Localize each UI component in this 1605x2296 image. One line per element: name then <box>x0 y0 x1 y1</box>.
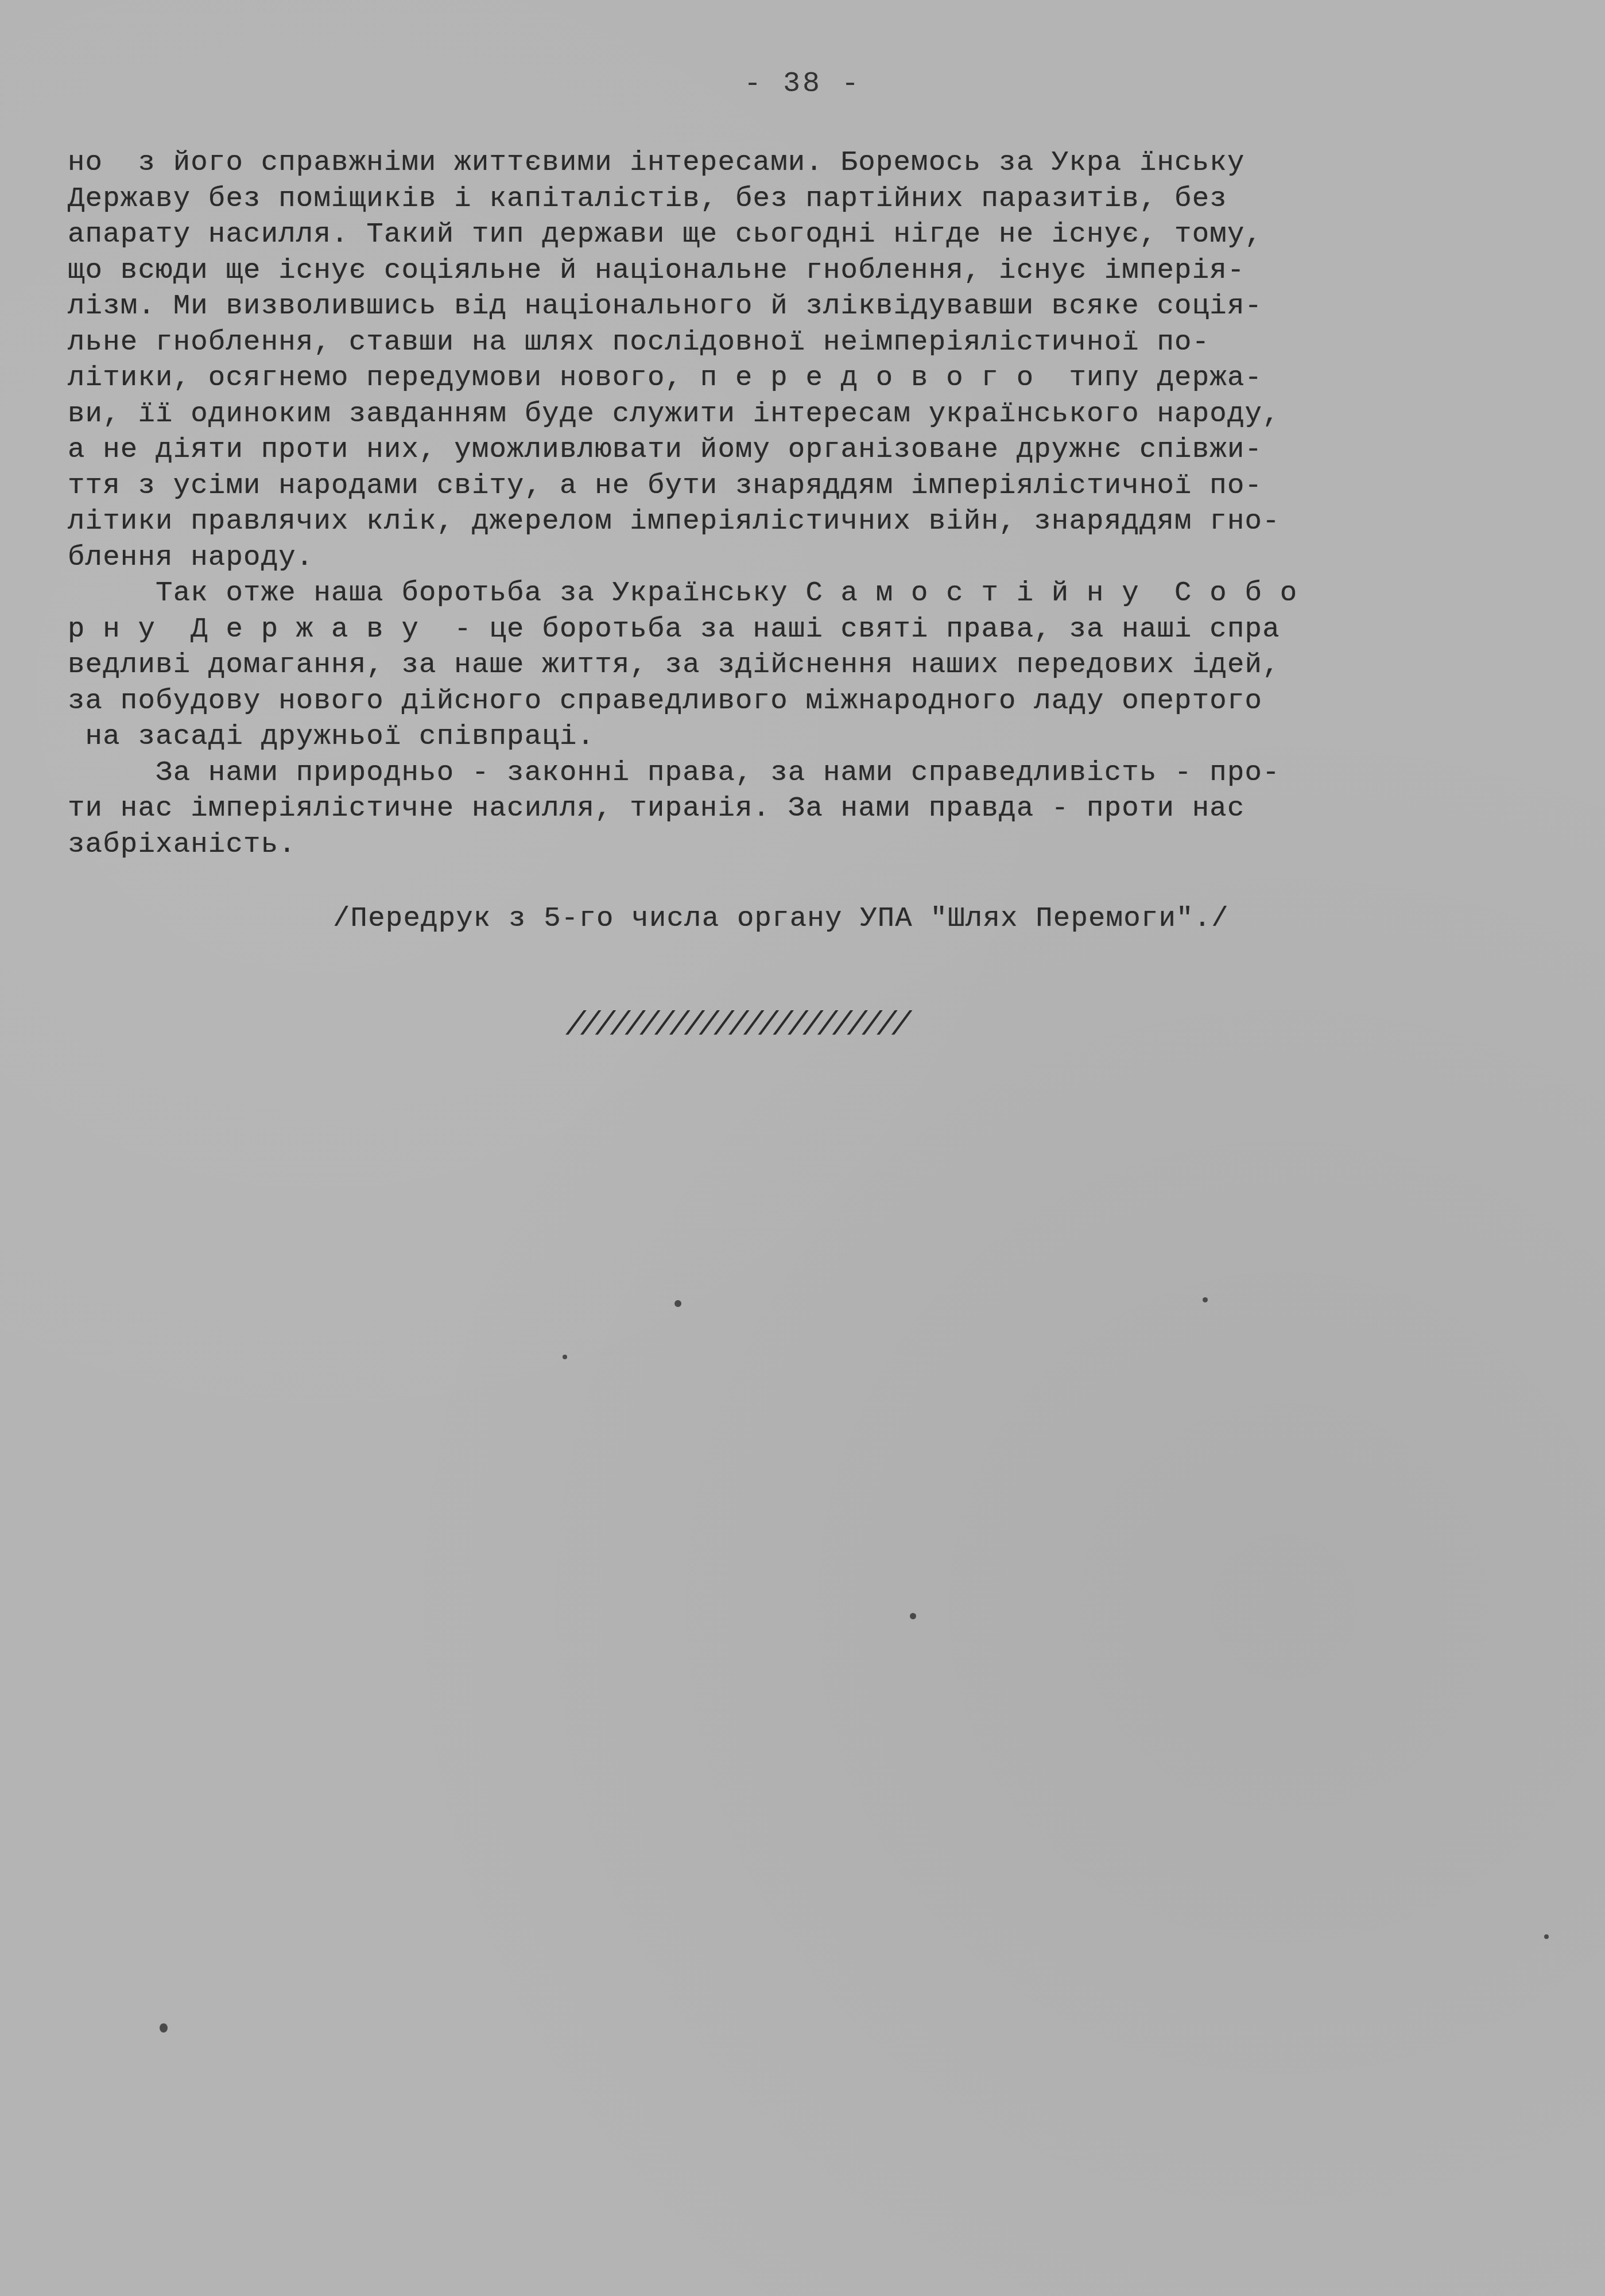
paper-speck <box>563 1355 567 1359</box>
text-line: літики, осягнемо передумови нового, п е … <box>68 360 1537 396</box>
text-line: а не діяти проти них, уможливлювати йому… <box>68 432 1537 468</box>
text-line: лізм. Ми визволившись від національного … <box>68 288 1537 324</box>
text-line: апарату насилля. Такий тип держави ще сь… <box>68 216 1537 253</box>
text-line: но з його справжніми життєвими інтересам… <box>68 145 1537 181</box>
paragraph-start-line: Так отже наша боротьба за Українську С а… <box>68 575 1537 611</box>
text-line: блення народу. <box>68 540 1537 576</box>
text-line: ви, її одиноким завданням буде служити і… <box>68 396 1537 432</box>
text-line: льне гноблення, ставши на шлях послідовн… <box>68 324 1537 360</box>
text-line: ведливі домагання, за наше життя, за зді… <box>68 647 1537 683</box>
paper-speck <box>674 1300 681 1307</box>
paragraph-start-line: За нами природньо - законні права, за на… <box>68 755 1537 791</box>
text-line: р н у Д е р ж а в у - це боротьба за наш… <box>68 611 1537 647</box>
paper-speck <box>160 2023 168 2033</box>
source-note: /Передрук з 5-го числа органу УПА "Шлях … <box>333 902 1229 934</box>
text-line: літики правлячих клік, джерелом імперіял… <box>68 503 1537 540</box>
page-number: - 38 - <box>0 68 1605 100</box>
text-line: за побудову нового дійсного справедливог… <box>68 683 1537 719</box>
text-line: ття з усіми народами світу, а не бути зн… <box>68 468 1537 504</box>
text-line: на засаді дружньої співпраці. <box>68 719 1537 755</box>
paper-speck <box>910 1613 916 1619</box>
paper-speck <box>1203 1297 1208 1302</box>
text-line: Державу без поміщиків і капіталістів, бе… <box>68 181 1537 217</box>
body-text: но з його справжніми життєвими інтересам… <box>68 145 1537 862</box>
text-line: ти нас імперіялістичне насилля, тиранія.… <box>68 790 1537 827</box>
text-line: що всюди ще існує соціяльне й національн… <box>68 253 1537 289</box>
paper-speck <box>1544 1934 1549 1939</box>
text-line: забріханість. <box>68 827 1537 863</box>
closing-divider: /////////////////////// <box>565 1007 906 1045</box>
typewritten-page: - 38 - но з його справжніми життєвими ін… <box>0 0 1605 2296</box>
